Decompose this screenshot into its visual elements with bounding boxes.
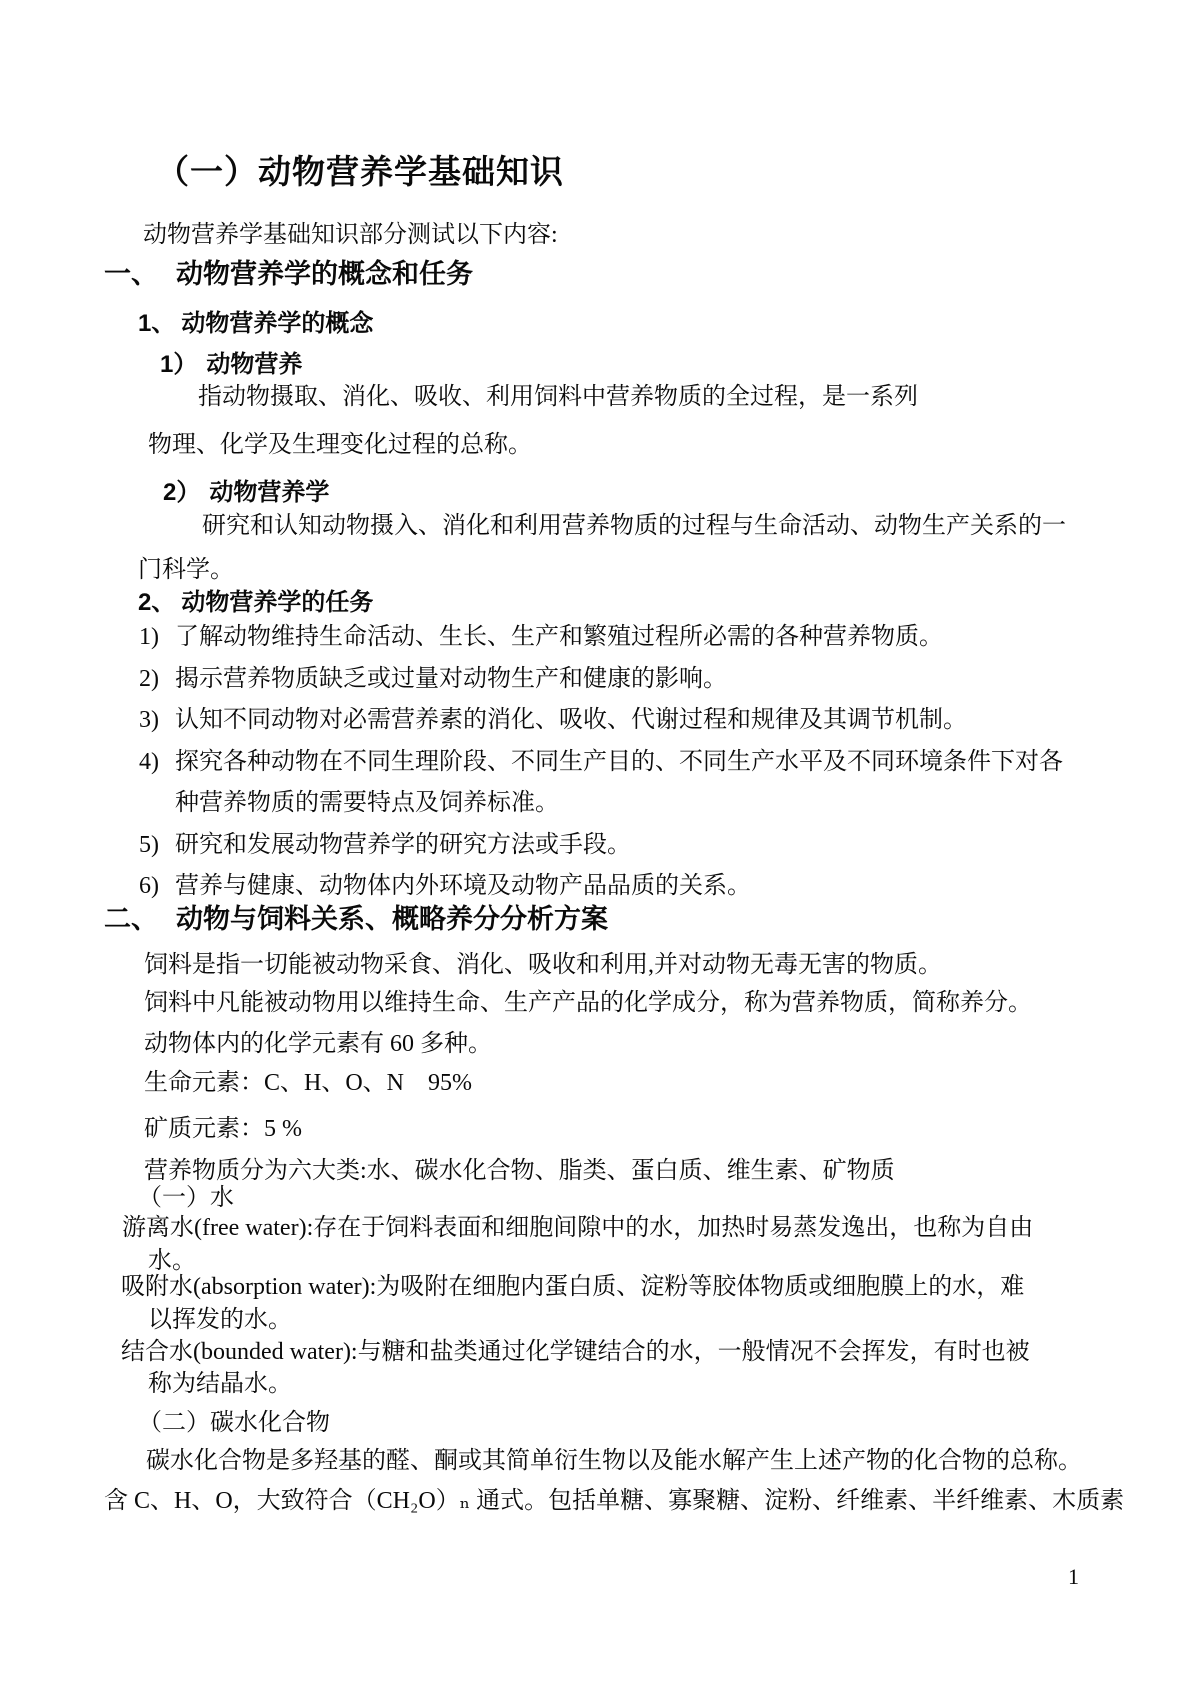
task-item-number: 6) (139, 873, 175, 900)
section-1-title: 动物营养学的概念和任务 (176, 259, 473, 289)
section-2-heading: 二、动物与饲料关系、概略养分分析方案 (104, 897, 608, 936)
task-item-number: 2) (139, 666, 175, 693)
task-item-text: 探究各种动物在不同生理阶段、不同生产目的、不同生产水平及不同环境条件下对各 (175, 749, 1063, 775)
absorption-water-line: 以挥发的水。 (148, 1299, 292, 1334)
intro-line: 动物营养学基础知识部分测试以下内容: (143, 214, 558, 249)
point-1-heading: 1）动物营养 (160, 344, 302, 379)
paragraph-line: 研究和认知动物摄入、消化和利用营养物质的过程与生命活动、动物生产关系的一 (202, 505, 1066, 540)
subsection-1-2-title: 动物营养学的任务 (181, 589, 373, 616)
absorption-water-line: 吸附水(absorption water):为吸附在细胞内蛋白质、淀粉等胶体物质… (121, 1266, 1024, 1301)
section-2-number: 二、 (104, 904, 158, 934)
task-item-text: 认知不同动物对必需营养素的消化、吸收、代谢过程和规律及其调节机制。 (175, 707, 967, 733)
subsection-1-1-number: 1、 (138, 310, 175, 337)
bounded-water-line: 称为结晶水。 (148, 1363, 292, 1398)
doc-title: （一）动物营养学基础知识 (156, 146, 564, 193)
carbohydrate-line: 碳水化合物是多羟基的醛、酮或其简单衍生物以及能水解产生上述产物的化合物的总称。 (146, 1440, 1082, 1475)
task-item-text: 揭示营养物质缺乏或过量对动物生产和健康的影响。 (175, 666, 727, 692)
paragraph-line: 营养物质分为六大类:水、碳水化合物、脂类、蛋白质、维生素、矿物质 (144, 1150, 895, 1185)
point-1-number: 1） (160, 351, 197, 378)
task-item-text: 了解动物维持生命活动、生长、生产和繁殖过程所必需的各种营养物质。 (175, 624, 943, 650)
task-item: 5)研究和发展动物营养学的研究方法或手段。 (139, 824, 631, 859)
task-item-text: 研究和发展动物营养学的研究方法或手段。 (175, 832, 631, 858)
task-item-number: 4) (139, 749, 175, 776)
task-item-continuation: 种营养物质的需要特点及饲养标准。 (175, 782, 559, 817)
bounded-water-line: 结合水(bounded water):与糖和盐类通过化学键结合的水，一般情况不会… (121, 1331, 1030, 1366)
section-1-number: 一、 (104, 259, 158, 289)
paragraph-line: 门科学。 (138, 549, 234, 584)
task-item: 1)了解动物维持生命活动、生长、生产和繁殖过程所必需的各种营养物质。 (139, 616, 943, 651)
carbohydrate-line: 含 C、H、O，大致符合（CH₂O）ₙ 通式。包括单糖、寡聚糖、淀粉、纤维素、半… (104, 1480, 1124, 1515)
subsection-1-2-number: 2、 (138, 589, 175, 616)
document-page: （一）动物营养学基础知识 动物营养学基础知识部分测试以下内容: 一、动物营养学的… (0, 0, 1190, 1683)
paragraph-line: 矿质元素：5 % (144, 1108, 302, 1143)
paragraph-line: 饲料是指一切能被动物采食、消化、吸收和利用,并对动物无毒无害的物质。 (144, 944, 942, 979)
free-water-line: 游离水(free water):存在于饲料表面和细胞间隙中的水，加热时易蒸发逸出… (122, 1207, 1033, 1242)
section-1-heading: 一、动物营养学的概念和任务 (104, 252, 473, 291)
subsection-1-2-heading: 2、动物营养学的任务 (138, 582, 373, 617)
section-2-title: 动物与饲料关系、概略养分分析方案 (176, 904, 608, 934)
point-2-title: 动物营养学 (209, 479, 329, 506)
subsection-1-1-heading: 1、动物营养学的概念 (138, 303, 373, 338)
task-item: 4)探究各种动物在不同生理阶段、不同生产目的、不同生产水平及不同环境条件下对各 (139, 741, 1063, 776)
paragraph-line: 饲料中凡能被动物用以维持生命、生产产品的化学成分，称为营养物质，简称养分。 (144, 982, 1032, 1017)
task-item-number: 5) (139, 832, 175, 859)
paragraph-line: 动物体内的化学元素有 60 多种。 (144, 1023, 492, 1058)
point-1-title: 动物营养 (206, 351, 302, 378)
task-item-text: 营养与健康、动物体内外环境及动物产品品质的关系。 (175, 873, 751, 899)
task-item: 2)揭示营养物质缺乏或过量对动物生产和健康的影响。 (139, 658, 727, 693)
paragraph-line: 物理、化学及生理变化过程的总称。 (148, 424, 532, 459)
task-item-number: 1) (139, 624, 175, 651)
subsection-1-1-title: 动物营养学的概念 (181, 310, 373, 337)
task-item: 6)营养与健康、动物体内外环境及动物产品品质的关系。 (139, 865, 751, 900)
page-number: 1 (1068, 1564, 1079, 1590)
task-item: 3)认知不同动物对必需营养素的消化、吸收、代谢过程和规律及其调节机制。 (139, 699, 967, 734)
paragraph-line: 指动物摄取、消化、吸收、利用饲料中营养物质的全过程，是一系列 (198, 376, 918, 411)
point-2-number: 2） (163, 479, 200, 506)
carbohydrate-heading: （二）碳水化合物 (138, 1402, 330, 1437)
task-item-number: 3) (139, 707, 175, 734)
point-2-heading: 2）动物营养学 (163, 472, 329, 507)
paragraph-line: 生命元素：C、H、O、N 95% (144, 1062, 472, 1097)
